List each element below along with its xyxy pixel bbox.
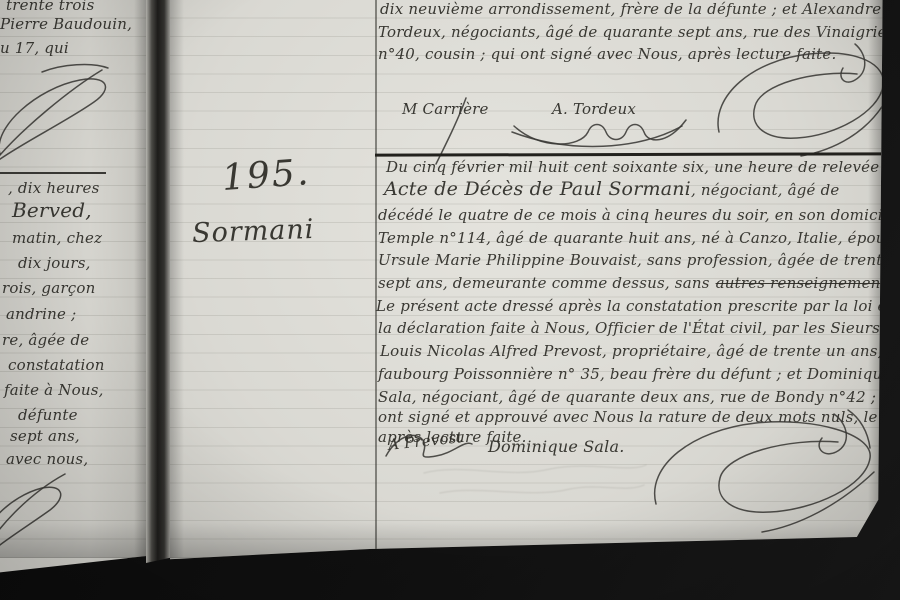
signature-paraph <box>0 58 132 168</box>
prev-act-line: Tordeux, négociants, âgé de quarante sep… <box>378 23 900 41</box>
margin-column-rule <box>375 0 377 556</box>
right-page: dix neuvième arrondissement, frère de la… <box>170 0 884 600</box>
act-line: Louis Nicolas Alfred Prevost, propriétai… <box>380 342 883 360</box>
left-fragment: constatation <box>8 356 105 374</box>
left-fragment: matin, chez <box>12 229 102 247</box>
left-fragment: Berved, <box>12 198 92 222</box>
act-line: Le présent acte dressé après la constata… <box>376 297 900 315</box>
left-fragment: avec nous, <box>6 450 88 468</box>
left-fragment: u 17, qui <box>0 39 69 57</box>
left-fragment: re, âgée de <box>2 331 89 349</box>
signature-paraph <box>638 408 886 538</box>
act-heading: Acte de Décès de Paul Sormani <box>384 178 691 200</box>
page-edge-shadow <box>0 522 150 558</box>
act-line-text: . <box>895 274 900 292</box>
ink-bleed <box>420 455 650 505</box>
page-edge-shadow <box>170 522 884 558</box>
act-name: Sormani <box>191 214 314 249</box>
prev-act-line: dix neuvième arrondissement, frère de la… <box>380 0 881 18</box>
act-line-text: sept ans, demeurante comme dessus, sans <box>378 274 710 292</box>
act-line: la déclaration faite à Nous, Officier de… <box>378 319 890 337</box>
act-line: décédé le quatre de ce mois à cinq heure… <box>378 206 900 224</box>
act-heading-continuation: , négociant, âgé de <box>691 181 840 199</box>
act-line: Sala, négociant, âgé de quarante deux an… <box>378 388 900 406</box>
book-gutter <box>146 0 172 563</box>
signature-paraph <box>705 40 890 160</box>
left-fragment: trente trois <box>6 0 95 14</box>
signature-paraph <box>510 112 690 152</box>
act-opening-line: Du cinq février mil huit cent soixante s… <box>386 158 879 176</box>
left-page: trente trois Pierre Baudouin, u 17, qui … <box>0 0 150 600</box>
page-edge-shadow <box>868 0 884 600</box>
left-fragment: sept ans, <box>10 427 80 445</box>
signature-sala: Dominique Sala. <box>488 437 625 456</box>
page-edge-shadow <box>170 0 184 600</box>
left-fragment: Pierre Baudouin, <box>0 15 132 33</box>
act-number: 195. <box>221 152 312 199</box>
act-line: faubourg Poissonnière n° 35, beau frère … <box>378 365 892 383</box>
left-fragment: rois, garçon <box>2 279 95 297</box>
left-act-divider <box>0 172 106 174</box>
act-line: sept ans, demeurante comme dessus, sansa… <box>378 274 900 292</box>
act-line: Temple n°114, âgé de quarante huit ans, … <box>378 229 900 247</box>
left-fragment: dix jours, <box>18 254 91 272</box>
left-fragment: andrine ; <box>6 305 76 323</box>
act-line: Ursule Marie Philippine Bouvaist, sans p… <box>378 251 892 269</box>
act-heading-line: Acte de Décès de Paul Sormani, négociant… <box>384 178 839 200</box>
register-photo: trente trois Pierre Baudouin, u 17, qui … <box>0 0 900 600</box>
left-fragment: , dix heures <box>8 179 100 197</box>
left-fragment: faite à Nous, <box>4 381 104 399</box>
left-fragment: défunte <box>18 406 78 424</box>
